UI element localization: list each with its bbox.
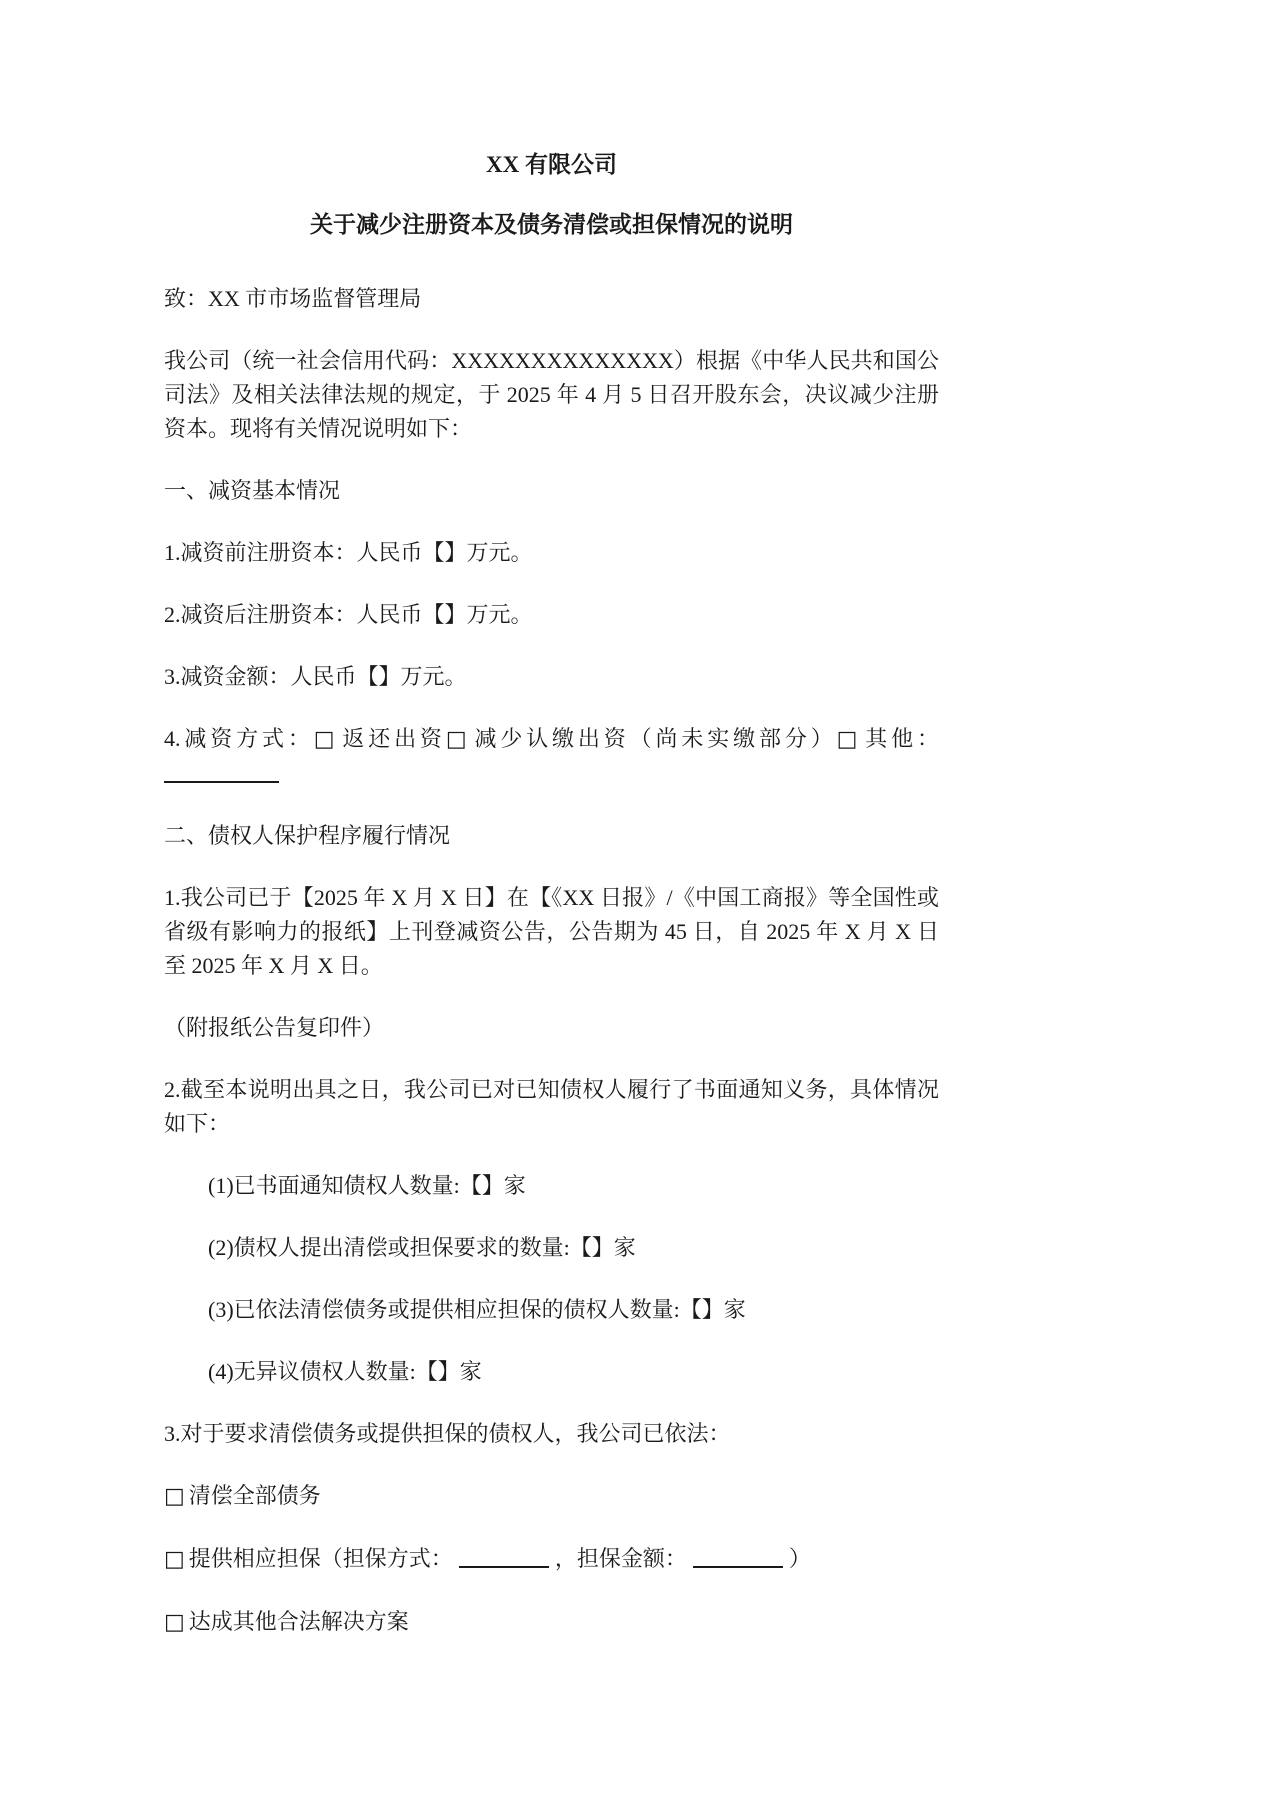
- announcement-paragraph: 1.我公司已于【2025 年 X 月 X 日】在【《XX 日报》/《中国工商报》…: [164, 881, 939, 983]
- reduction-method-label: 4.减资方式：: [164, 726, 314, 751]
- section2-heading: 二、债权人保护程序履行情况: [164, 819, 939, 853]
- subitem-notified-creditors: (1)已书面通知债权人数量:【】家: [164, 1169, 939, 1203]
- option-settle-all-label: 清偿全部债务: [189, 1483, 321, 1508]
- other-method-blank[interactable]: [164, 767, 279, 783]
- doc-subtitle: 关于减少注册资本及债务清偿或担保情况的说明: [164, 208, 939, 242]
- option-other-solution-label: 达成其他合法解决方案: [189, 1609, 409, 1634]
- option-reduce-subscribed-label: 减少认缴出资（尚未实缴部分）: [474, 726, 836, 751]
- option-other-method-label: 其他：: [865, 726, 939, 751]
- subitem-no-objection: (4)无异议债权人数量:【】家: [164, 1355, 939, 1389]
- doc-title: XX 有限公司: [164, 148, 939, 182]
- checkbox-provide-guarantee[interactable]: □: [164, 1547, 185, 1572]
- checkbox-settle-all[interactable]: □: [164, 1484, 185, 1509]
- option-settle-all-line: □清偿全部债务: [164, 1479, 939, 1514]
- checkbox-other-solution[interactable]: □: [164, 1610, 185, 1635]
- option-guarantee-mid: ，担保金额：: [555, 1546, 687, 1571]
- salutation: 致：XX 市市场监督管理局: [164, 282, 939, 316]
- item-reduction-method: 4.减资方式：□返还出资□减少认缴出资（尚未实缴部分）□其他：: [164, 722, 939, 791]
- guarantee-amount-blank[interactable]: [693, 1552, 783, 1568]
- settlement-paragraph: 3.对于要求清偿债务或提供担保的债权人，我公司已依法：: [164, 1417, 939, 1451]
- checkbox-return-investment[interactable]: □: [314, 727, 339, 752]
- checkbox-reduce-subscribed[interactable]: □: [446, 727, 471, 752]
- subitem-claims-raised: (2)债权人提出清偿或担保要求的数量:【】家: [164, 1231, 939, 1265]
- option-return-investment-label: 返还出资: [342, 726, 445, 751]
- guarantee-method-blank[interactable]: [459, 1552, 549, 1568]
- item-reduction-amount: 3.减资金额：人民币【】万元。: [164, 660, 939, 694]
- item-capital-before: 1.减资前注册资本：人民币【】万元。: [164, 536, 939, 570]
- subitem-settled-or-guaranteed: (3)已依法清偿债务或提供相应担保的债权人数量:【】家: [164, 1293, 939, 1327]
- document-page: XX 有限公司 关于减少注册资本及债务清偿或担保情况的说明 致：XX 市市场监督…: [0, 0, 1280, 1811]
- option-guarantee-line: □提供相应担保（担保方式：，担保金额：）: [164, 1542, 939, 1577]
- option-other-solution-line: □达成其他合法解决方案: [164, 1605, 939, 1640]
- checkbox-other-method[interactable]: □: [837, 727, 862, 752]
- item-capital-after: 2.减资后注册资本：人民币【】万元。: [164, 598, 939, 632]
- option-guarantee-suffix: ）: [789, 1546, 811, 1571]
- intro-paragraph: 我公司（统一社会信用代码：XXXXXXXXXXXXXX）根据《中华人民共和国公司…: [164, 344, 939, 446]
- notice-paragraph: 2.截至本说明出具之日，我公司已对已知债权人履行了书面通知义务，具体情况如下：: [164, 1073, 939, 1141]
- attachment-note: （附报纸公告复印件）: [164, 1011, 939, 1045]
- section1-heading: 一、减资基本情况: [164, 474, 939, 508]
- option-guarantee-prefix: 提供相应担保（担保方式：: [189, 1546, 453, 1571]
